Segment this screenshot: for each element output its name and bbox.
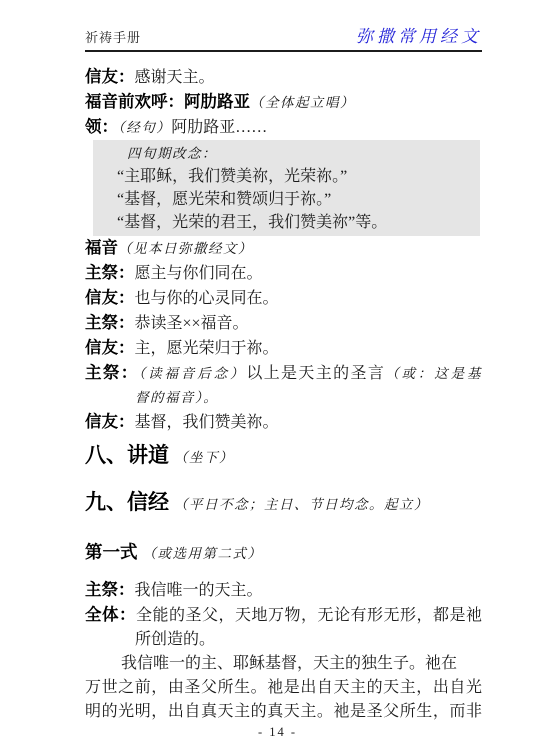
text-line: 信友：感谢天主。 xyxy=(85,65,482,90)
annotation-text: 督的福音）。 xyxy=(135,390,218,405)
text-line: 信友：基督，我们赞美祢。 xyxy=(85,410,482,435)
line-text: 我信唯一的天主。 xyxy=(135,582,263,599)
text-line: 主祭：愿主与你们同在。 xyxy=(85,261,482,286)
text-line: 督的福音）。 xyxy=(85,386,482,410)
text-line: 信友：也与你的心灵同在。 xyxy=(85,286,482,311)
section-heading: 九、信经（平日不念；主日、节日均念。起立） xyxy=(85,488,482,520)
line-text: “基督，愿光荣和赞颂归于祢。” xyxy=(117,191,331,208)
page-header: 祈祷手册 弥撒常用经文 xyxy=(85,22,482,47)
speaker-label: 主祭： xyxy=(85,364,139,382)
note-line: “基督，光荣的君王，我们赞美祢”等。 xyxy=(93,211,480,234)
annotation-text: （经句） xyxy=(118,120,171,135)
speaker-label: 领： xyxy=(85,118,118,136)
lent-alternative-note: 四旬期改念：“主耶稣，我们赞美祢，光荣祢。”“基督，愿光荣和赞颂归于祢。”“基督… xyxy=(93,140,480,236)
text-line: 全体：全能的圣父，天地万物，无论有形无形，都是祂 xyxy=(85,603,482,628)
text-line: 福音（见本日弥撒经文） xyxy=(85,236,482,261)
line-text: 也与你的心灵同在。 xyxy=(135,290,279,307)
text-line: 福音前欢呼：阿肋路亚（全体起立唱） xyxy=(85,90,482,115)
speaker-label: 信友： xyxy=(85,289,135,307)
note-line: “主耶稣，我们赞美祢，光荣祢。” xyxy=(93,165,480,188)
heading-annotation: （坐下） xyxy=(174,450,234,465)
text-line: 信友：主，愿光荣归于祢。 xyxy=(85,336,482,361)
line-text: 万世之前，由圣父所生。祂是出自天主的天主，出自光 xyxy=(85,679,482,696)
line-text: 以上是天主的圣言 xyxy=(246,365,385,382)
heading-annotation: （或选用第二式） xyxy=(143,546,263,561)
annotation-text: （见本日弥撒经文） xyxy=(118,241,253,256)
heading-title: 八、讲道 xyxy=(85,444,169,467)
speaker-label: 福音前欢呼：阿肋路亚 xyxy=(85,93,250,111)
line-text: 阿肋路亚…… xyxy=(171,119,267,136)
page-number: - 14 - xyxy=(0,725,555,740)
text-line: 明的光明，出自真天主的真天主。祂是圣父所生，而非 xyxy=(85,700,482,724)
text-line: 所创造的。 xyxy=(85,628,482,652)
line-text: 愿主与你们同在。 xyxy=(135,265,263,282)
annotation-text: （全体起立唱） xyxy=(250,95,355,110)
heading-title: 第一式 xyxy=(85,542,138,562)
speaker-label: 信友： xyxy=(85,413,135,431)
note-line: 四旬期改念： xyxy=(93,142,480,165)
line-text: “基督，光荣的君王，我们赞美祢”等。 xyxy=(117,214,387,231)
section-heading: 八、讲道（坐下） xyxy=(85,441,482,473)
line-text: “主耶稣，我们赞美祢，光荣祢。” xyxy=(117,168,347,185)
annotation-text: （读福音后念） xyxy=(139,366,247,381)
document-page: 祈祷手册 弥撒常用经文 信友：感谢天主。福音前欢呼：阿肋路亚（全体起立唱）领：（… xyxy=(0,0,555,752)
line-text: 感谢天主。 xyxy=(135,69,215,86)
line-text: 所创造的。 xyxy=(135,631,215,648)
line-text: 恭读圣××福音。 xyxy=(135,315,249,332)
heading-title: 九、信经 xyxy=(85,491,169,514)
annotation-text: （或：这是基 xyxy=(385,366,482,381)
header-right-title: 弥撒常用经文 xyxy=(356,22,482,47)
header-left-title: 祈祷手册 xyxy=(85,27,141,47)
text-line: 主祭：我信唯一的天主。 xyxy=(85,578,482,603)
speaker-label: 主祭： xyxy=(85,264,135,282)
speaker-label: 主祭： xyxy=(85,314,135,332)
header-divider xyxy=(85,50,482,52)
speaker-label: 信友： xyxy=(85,339,135,357)
text-line: 领：（经句）阿肋路亚…… xyxy=(85,115,482,140)
line-text: 明的光明，出自真天主的真天主。祂是圣父所生，而非 xyxy=(85,703,482,720)
sub-heading: 第一式（或选用第二式） xyxy=(85,540,482,566)
heading-annotation: （平日不念；主日、节日均念。起立） xyxy=(174,497,429,512)
speaker-label: 主祭： xyxy=(85,581,135,599)
text-line: 主祭：（读福音后念）以上是天主的圣言（或：这是基 xyxy=(85,361,482,386)
speaker-label: 信友： xyxy=(85,68,135,86)
speaker-label: 全体： xyxy=(85,606,136,624)
text-line: 万世之前，由圣父所生。祂是出自天主的天主，出自光 xyxy=(85,676,482,700)
line-text: 主，愿光荣归于祢。 xyxy=(135,340,279,357)
line-text: 我信唯一的主、耶稣基督，天主的独生子。祂在 xyxy=(121,655,457,672)
page-body: 信友：感谢天主。福音前欢呼：阿肋路亚（全体起立唱）领：（经句）阿肋路亚……四旬期… xyxy=(85,65,482,724)
note-line: “基督，愿光荣和赞颂归于祢。” xyxy=(93,188,480,211)
line-text: 基督，我们赞美祢。 xyxy=(135,414,279,431)
annotation-text: 四旬期改念： xyxy=(127,146,217,161)
text-line: 我信唯一的主、耶稣基督，天主的独生子。祂在 xyxy=(85,652,482,676)
text-line: 主祭：恭读圣××福音。 xyxy=(85,311,482,336)
line-text: 全能的圣父，天地万物，无论有形无形，都是祂 xyxy=(136,607,482,624)
speaker-label: 福音 xyxy=(85,239,118,257)
